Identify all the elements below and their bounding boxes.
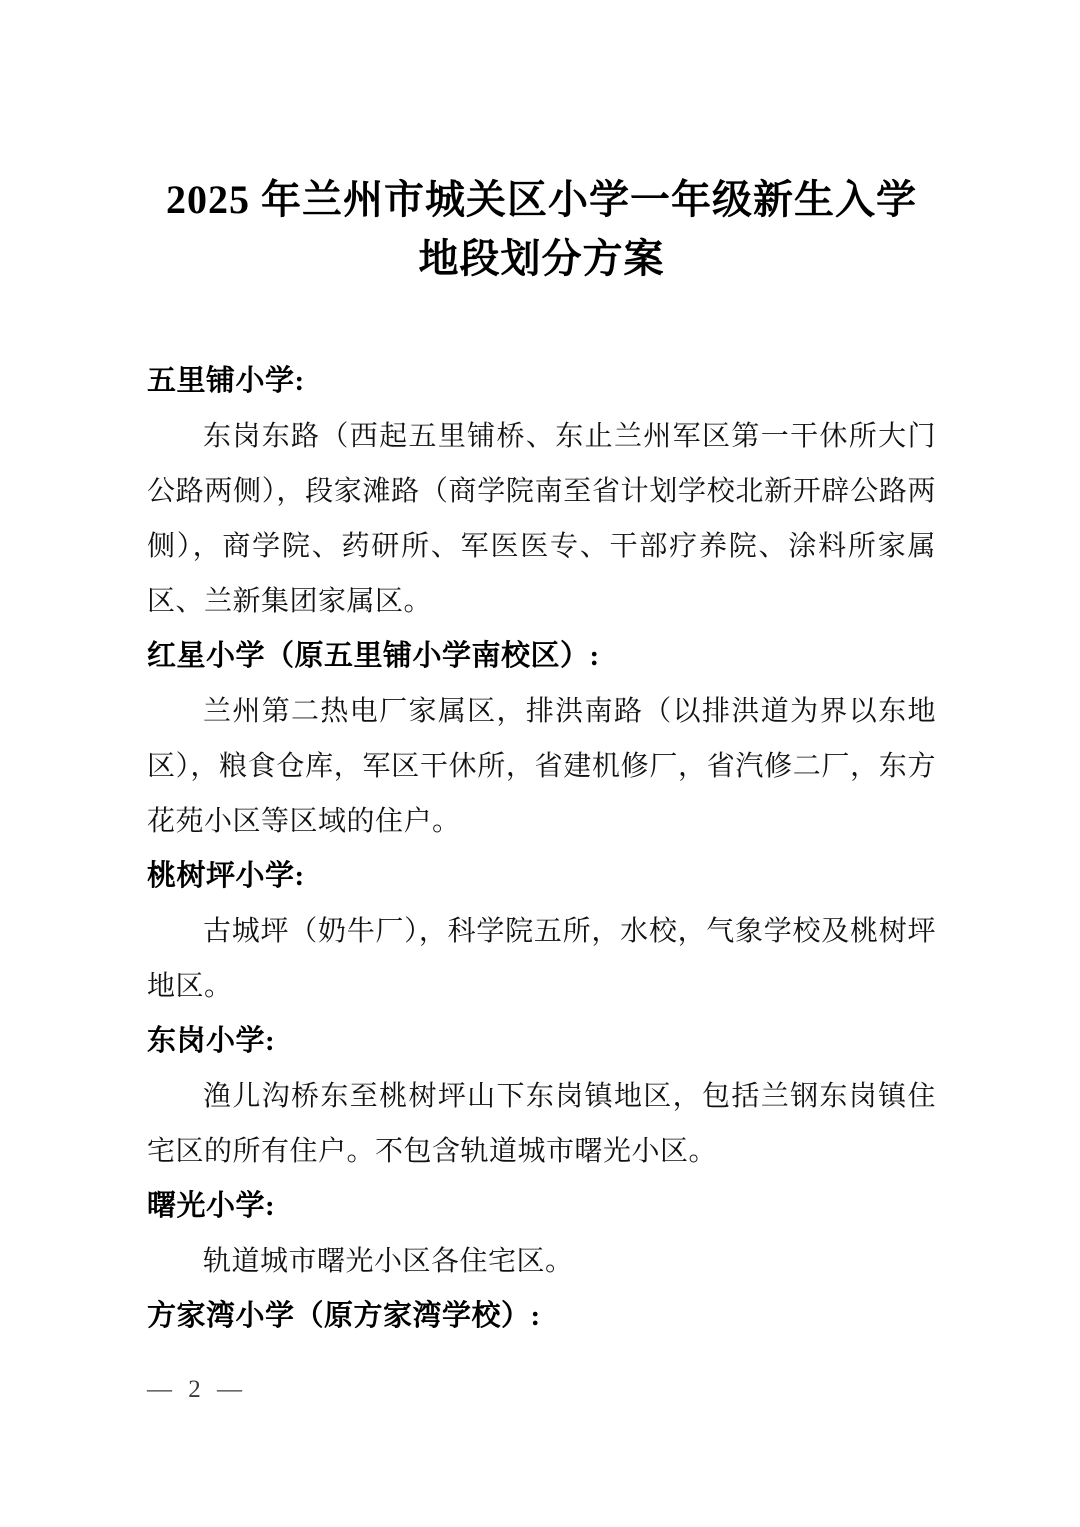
document-title: 2025 年兰州市城关区小学一年级新生入学 地段划分方案 bbox=[147, 170, 936, 288]
section-heading: 五里铺小学: bbox=[147, 354, 936, 409]
page-number: — 2 — bbox=[147, 1376, 936, 1404]
section-heading: 桃树坪小学: bbox=[147, 849, 936, 904]
section-shuguang: 曙光小学: 轨道城市曙光小区各住宅区。 bbox=[147, 1179, 936, 1289]
section-body: 东岗东路（西起五里铺桥、东止兰州军区第一干休所大门公路两侧），段家滩路（商学院南… bbox=[147, 409, 936, 629]
section-body: 渔儿沟桥东至桃树坪山下东岗镇地区，包括兰钢东岗镇住宅区的所有住户。不包含轨道城市… bbox=[147, 1069, 936, 1179]
section-body: 古城坪（奶牛厂），科学院五所，水校，气象学校及桃树坪地区。 bbox=[147, 904, 936, 1014]
document-title-line-1: 2025 年兰州市城关区小学一年级新生入学 bbox=[147, 170, 936, 229]
section-heading: 方家湾小学（原方家湾学校）: bbox=[147, 1289, 936, 1344]
section-body: 兰州第二热电厂家属区，排洪南路（以排洪道为界以东地区），粮食仓库，军区干休所，省… bbox=[147, 684, 936, 849]
section-fangjiawan: 方家湾小学（原方家湾学校）: bbox=[147, 1289, 936, 1344]
section-hongxing: 红星小学（原五里铺小学南校区）: 兰州第二热电厂家属区，排洪南路（以排洪道为界以… bbox=[147, 629, 936, 849]
section-wulipu: 五里铺小学: 东岗东路（西起五里铺桥、东止兰州军区第一干休所大门公路两侧），段家… bbox=[147, 354, 936, 629]
section-heading: 红星小学（原五里铺小学南校区）: bbox=[147, 629, 936, 684]
section-body: 轨道城市曙光小区各住宅区。 bbox=[147, 1234, 936, 1289]
section-heading: 东岗小学: bbox=[147, 1014, 936, 1069]
section-heading: 曙光小学: bbox=[147, 1179, 936, 1234]
section-taoshuping: 桃树坪小学: 古城坪（奶牛厂），科学院五所，水校，气象学校及桃树坪地区。 bbox=[147, 849, 936, 1014]
document-page: 2025 年兰州市城关区小学一年级新生入学 地段划分方案 五里铺小学: 东岗东路… bbox=[0, 0, 1080, 1527]
document-title-line-2: 地段划分方案 bbox=[147, 229, 936, 288]
section-donggang: 东岗小学: 渔儿沟桥东至桃树坪山下东岗镇地区，包括兰钢东岗镇住宅区的所有住户。不… bbox=[147, 1014, 936, 1179]
